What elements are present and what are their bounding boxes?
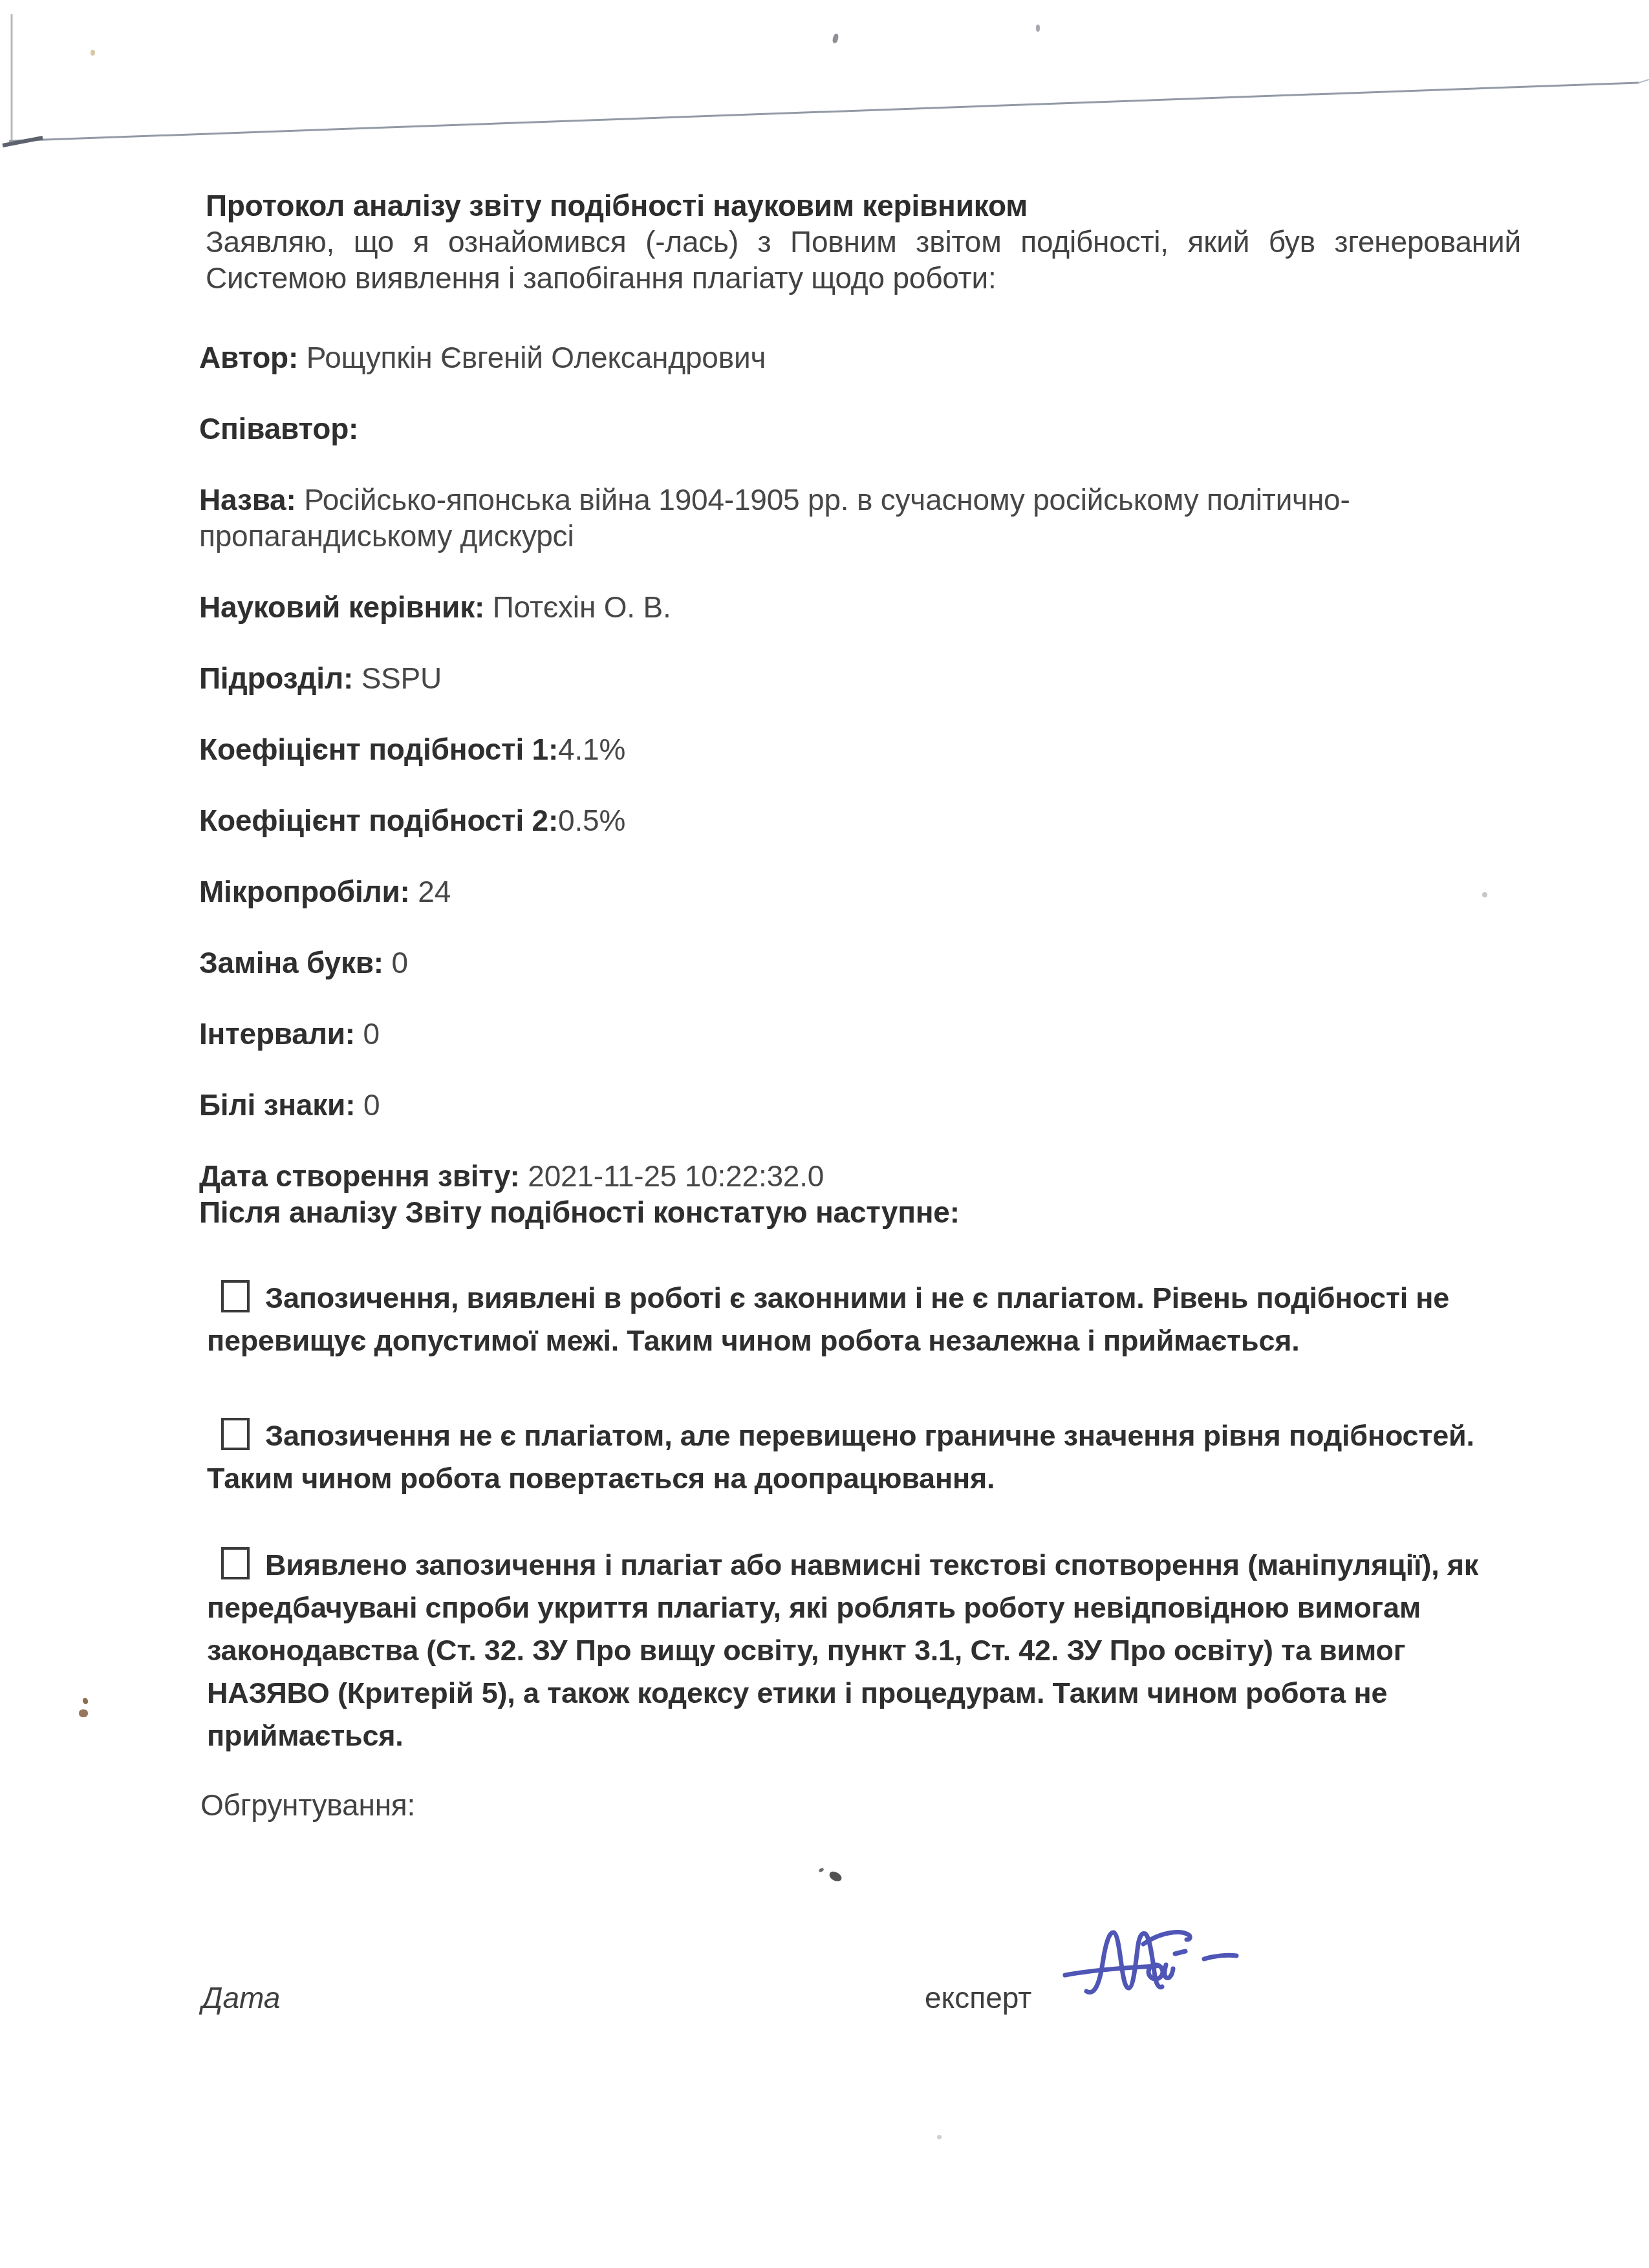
field-label-letter-substitution: Заміна букв: bbox=[199, 946, 383, 979]
field-value-author: Рощупкін Євгеній Олександрович bbox=[307, 341, 766, 374]
conclusion-checkbox-3[interactable] bbox=[221, 1547, 250, 1579]
field-value-microspaces: 24 bbox=[418, 875, 451, 908]
scan-speck bbox=[79, 1709, 88, 1717]
field-similarity-coefficient-1: Коефіцієнт подібності 1:4.1% bbox=[199, 731, 1521, 767]
scan-speck bbox=[82, 1697, 89, 1705]
field-work-title: Назва: Російсько-японська війна 1904-190… bbox=[199, 482, 1521, 554]
field-supervisor: Науковий керівник: Потєхін О. В. bbox=[199, 589, 1521, 625]
conclusion-text-1: Запозичення, виявлені в роботі є законни… bbox=[207, 1281, 1449, 1357]
statement-intro: Після аналізу Звіту подібності констатую… bbox=[199, 1194, 1521, 1230]
intro-paragraph: Заявляю, що я ознайомився (-лась) з Повн… bbox=[206, 224, 1521, 296]
scan-speck bbox=[1036, 25, 1040, 32]
justification-label: Обгрунтування: bbox=[200, 1787, 1521, 1823]
conclusion-checkbox-1[interactable] bbox=[221, 1280, 250, 1312]
scan-speck bbox=[1482, 892, 1487, 897]
field-label-white-signs: Білі знаки: bbox=[199, 1088, 355, 1122]
field-white-signs: Білі знаки: 0 bbox=[199, 1087, 1521, 1123]
field-value-similarity-coefficient-2: 0.5% bbox=[558, 804, 625, 837]
field-value-report-created: 2021-11-25 10:22:32.0 bbox=[528, 1159, 824, 1193]
field-value-similarity-coefficient-1: 4.1% bbox=[558, 733, 625, 766]
conclusion-text-2: Запозичення не є плагіатом, але перевище… bbox=[207, 1419, 1474, 1495]
field-microspaces: Мікропробіли: 24 bbox=[199, 873, 1521, 910]
conclusion-text-3: Виявлено запозичення і плагіат або навми… bbox=[207, 1548, 1478, 1752]
conclusion-checkbox-2[interactable] bbox=[221, 1418, 250, 1450]
scan-speck bbox=[818, 1867, 824, 1872]
field-label-supervisor: Науковий керівник: bbox=[199, 590, 484, 624]
field-intervals: Інтервали: 0 bbox=[199, 1016, 1521, 1052]
field-coauthor: Співавтор: bbox=[199, 411, 1521, 447]
field-letter-substitution: Заміна букв: 0 bbox=[199, 945, 1521, 981]
field-department: Підрозділ: SSPU bbox=[199, 660, 1521, 696]
field-value-department: SSPU bbox=[361, 661, 442, 695]
field-label-microspaces: Мікропробіли: bbox=[199, 875, 410, 908]
conclusion-item-3: Виявлено запозичення і плагіат або навми… bbox=[199, 1544, 1521, 1757]
expert-signature bbox=[1061, 1923, 1248, 2000]
field-similarity-coefficient-2: Коефіцієнт подібності 2:0.5% bbox=[199, 802, 1521, 839]
field-label-similarity-coefficient-2: Коефіцієнт подібності 2: bbox=[199, 804, 558, 837]
field-value-work-title: Російсько-японська війна 1904-1905 рр. в… bbox=[199, 483, 1350, 553]
field-label-intervals: Інтервали: bbox=[199, 1017, 355, 1051]
field-value-letter-substitution: 0 bbox=[392, 946, 408, 979]
field-label-author: Автор: bbox=[199, 341, 298, 374]
conclusion-item-1: Запозичення, виявлені в роботі є законни… bbox=[199, 1277, 1521, 1362]
field-label-department: Підрозділ: bbox=[199, 661, 353, 695]
scan-speck bbox=[828, 1870, 843, 1883]
conclusions-list: Запозичення, виявлені в роботі є законни… bbox=[199, 1277, 1521, 1757]
field-report-created: Дата створення звіту: 2021-11-25 10:22:3… bbox=[199, 1158, 1521, 1194]
field-value-intervals: 0 bbox=[363, 1017, 379, 1051]
document-body: Протокол аналізу звіту подібності науков… bbox=[199, 0, 1521, 1823]
field-value-white-signs: 0 bbox=[363, 1088, 380, 1122]
scan-speck bbox=[937, 2135, 942, 2139]
field-author: Автор: Рощупкін Євгеній Олександрович bbox=[199, 339, 1521, 376]
field-label-similarity-coefficient-1: Коефіцієнт подібності 1: bbox=[199, 733, 558, 766]
field-label-report-created: Дата створення звіту: bbox=[199, 1159, 520, 1193]
fields-list: Автор: Рощупкін Євгеній ОлександровичСпі… bbox=[199, 339, 1521, 1194]
field-label-coauthor: Співавтор: bbox=[199, 412, 358, 445]
conclusion-item-2: Запозичення не є плагіатом, але перевище… bbox=[199, 1415, 1521, 1500]
scanned-document-page: Протокол аналізу звіту подібності науков… bbox=[0, 0, 1649, 2268]
document-title: Протокол аналізу звіту подібності науков… bbox=[206, 187, 1521, 224]
expert-label: експерт bbox=[925, 1980, 1031, 2015]
field-value-supervisor: Потєхін О. В. bbox=[493, 590, 671, 624]
field-label-work-title: Назва: bbox=[199, 483, 296, 517]
scan-speck bbox=[91, 50, 95, 56]
date-label: Дата bbox=[202, 1980, 280, 2015]
